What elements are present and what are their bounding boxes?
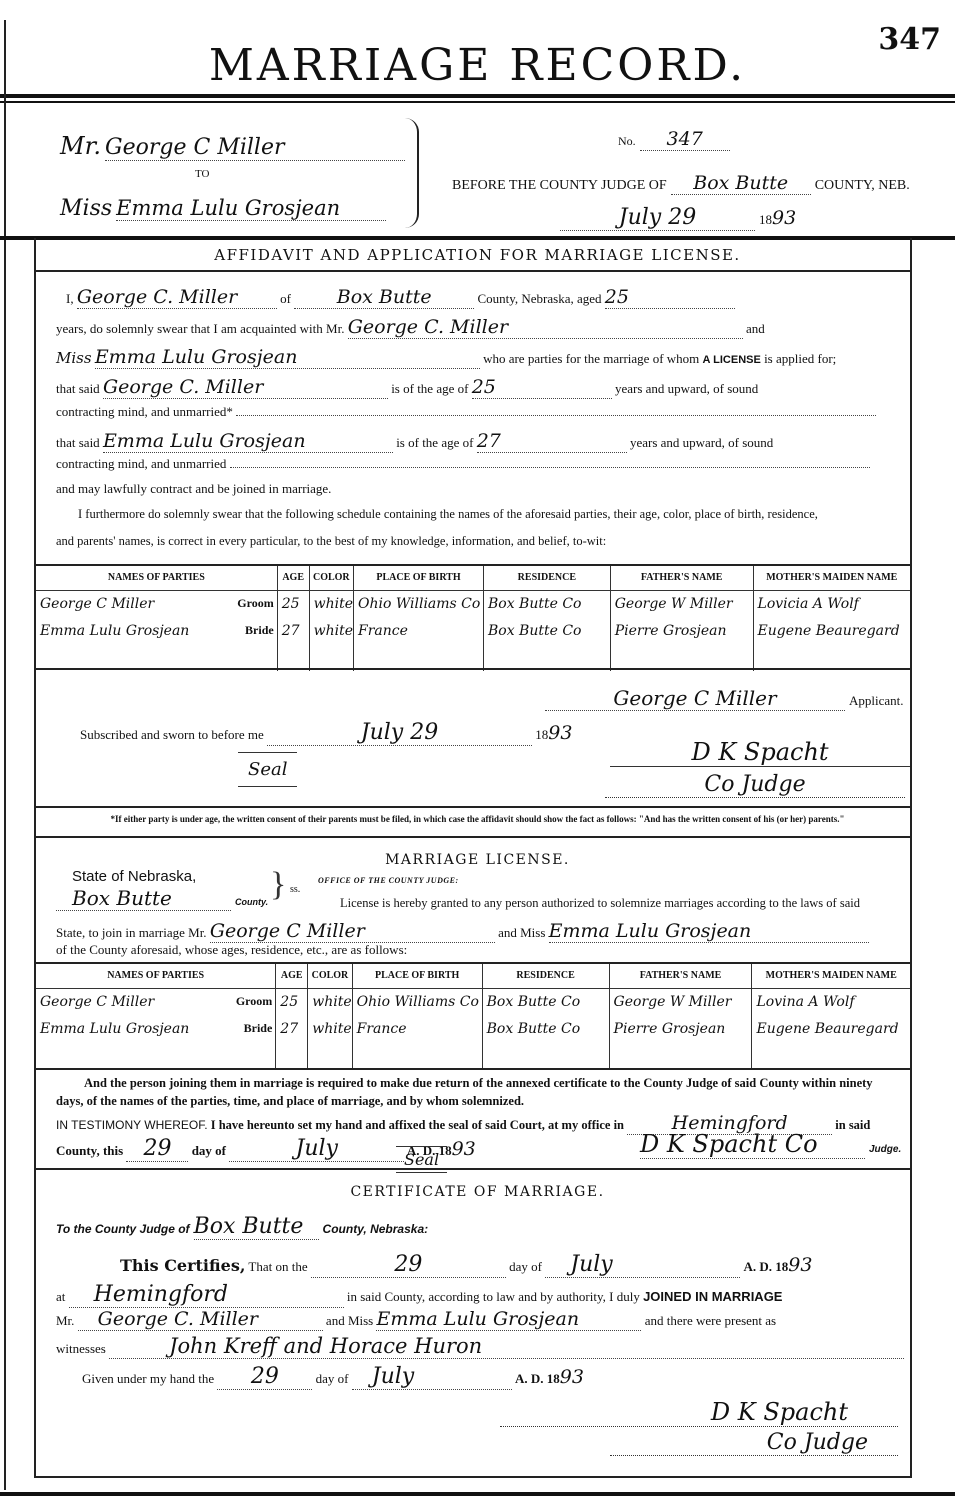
affiant-age: 25 <box>605 286 735 309</box>
return-text-2: days, of the names of the parties, time,… <box>56 1094 524 1109</box>
certificate-judge-signature: D K Spacht <box>500 1398 898 1427</box>
witnesses-line: witnesses John Kreff and Horace Huron <box>56 1334 904 1359</box>
given-day: 29 <box>217 1364 312 1390</box>
left-margin-line <box>4 20 6 1490</box>
col-header-father: FATHER'S NAME <box>609 964 752 988</box>
joined-text: in said County, according to law and by … <box>347 1289 640 1304</box>
party-residence: Box Butte Co <box>482 1015 609 1042</box>
given-month: July <box>352 1364 512 1390</box>
unmarried-label-2: contracting mind, and unmarried <box>56 456 226 471</box>
table-row-groom: George C MillerGroom 25 white Ohio Willi… <box>36 590 910 617</box>
certificate-bride: Emma Lulu Grosjean <box>376 1308 641 1331</box>
unmarried-line-groom <box>236 415 876 416</box>
col-header-residence: RESIDENCE <box>482 964 609 988</box>
affiant-county: Box Butte <box>294 286 474 309</box>
no-label: No. <box>618 134 636 148</box>
party-role: Groom <box>237 596 276 611</box>
party-role: Bride <box>245 623 277 638</box>
header-date-line: July 29 1893 <box>560 205 796 231</box>
given-year-suffix: 93 <box>560 1366 584 1388</box>
license-table-bottom-rule <box>36 1068 910 1070</box>
col-header-color: COLOR <box>309 566 353 590</box>
affidavit-line-1: I, George C. Miller of Box Butte County,… <box>66 286 735 309</box>
party-color: white <box>308 988 352 1015</box>
groom-age: 25 <box>472 376 612 399</box>
party-color: white <box>309 617 353 644</box>
header-rule-bottom <box>0 101 955 103</box>
party-birthplace: France <box>352 1015 482 1042</box>
years-upward-label-2: years and upward, of sound <box>630 435 773 450</box>
header-year-suffix: 93 <box>772 207 796 229</box>
header-year-prefix: 18 <box>759 212 772 227</box>
state-label: State of Nebraska, <box>72 868 196 885</box>
party-father: Pierre Grosjean <box>610 617 753 644</box>
certificate-judge-title: Co Judge <box>610 1430 898 1456</box>
header-bride-name: Emma Lulu Grosjean <box>116 196 386 221</box>
license-groom: George C Miller <box>210 920 495 943</box>
before-label: BEFORE THE COUNTY JUDGE OF <box>452 178 667 193</box>
license-top-rule <box>36 836 910 838</box>
party-birthplace: France <box>354 617 484 644</box>
party-name: Emma Lulu Grosjean <box>40 623 189 639</box>
seal-label: Seal <box>404 1150 439 1169</box>
footnote: *If either party is under age, the writt… <box>50 814 905 824</box>
record-number: 347 <box>640 128 730 151</box>
groom-line: Mr. George C Miller <box>60 132 405 161</box>
miss-label-2: Miss <box>56 349 92 367</box>
license-granted-text: License is hereby granted to any person … <box>340 896 860 911</box>
party-mother: Eugene Beauregard <box>753 617 910 644</box>
party-mother: Lovina A Wolf <box>752 988 910 1015</box>
col-header-color: COLOR <box>308 964 352 988</box>
affidavit-table-bottom-rule <box>36 668 910 670</box>
that-said-label-2: that said <box>56 435 100 450</box>
testimony-label: IN TESTIMONY WHEREOF. <box>56 1118 208 1132</box>
of-label: of <box>280 291 291 306</box>
furthermore-text: I furthermore do solemnly swear that the… <box>78 507 818 522</box>
party-age: 25 <box>276 988 308 1015</box>
to-judge-label: To the County Judge of <box>56 1222 190 1236</box>
header-groom-name: George C Miller <box>105 135 405 161</box>
office-label: OFFICE OF THE COUNTY JUDGE: <box>318 876 459 885</box>
and-label: and <box>746 321 765 336</box>
testimony-text: I have hereunto set my hand and affixed … <box>211 1118 624 1132</box>
lawfully-contract-text: and may lawfully contract and be joined … <box>56 481 331 497</box>
age-of-label-2: is of the age of <box>396 435 473 450</box>
certificate-parties-line: Mr. George C. Miller and Miss Emma Lulu … <box>56 1308 776 1331</box>
table-row-groom: George C MillerGroom 25 white Ohio Willi… <box>36 988 910 1015</box>
license-title: MARRIAGE LICENSE. <box>36 852 919 868</box>
ad-label-2: A. D. 18 <box>744 1259 789 1274</box>
party-residence: Box Butte Co <box>482 988 609 1015</box>
county-neb-label: COUNTY, NEB. <box>815 178 910 193</box>
page-title: MARRIAGE RECORD. <box>0 40 955 91</box>
county-label: County. <box>235 897 268 907</box>
day-of-label: day of <box>192 1143 226 1158</box>
sworn-label: Subscribed and sworn to before me <box>80 727 264 742</box>
affidavit-line-4: that said George C. Miller is of the age… <box>56 376 758 399</box>
col-header-names: NAMES OF PARTIES <box>36 964 276 988</box>
certificate-place: Hemingford <box>69 1282 344 1308</box>
ss-label: ss. <box>290 884 300 895</box>
affidavit-line-3: Miss Emma Lulu Grosjean who are parties … <box>56 346 836 369</box>
certificate-county: Box Butte <box>194 1214 319 1240</box>
on-the-label: That on the <box>248 1259 307 1274</box>
certificate-to-line: To the County Judge of Box Butte County,… <box>56 1214 428 1240</box>
judge-label: Judge. <box>869 1144 901 1155</box>
party-birthplace: Ohio Williams Co <box>354 590 484 617</box>
acquainted-bride: Emma Lulu Grosjean <box>95 346 480 369</box>
affidavit-seal: Seal <box>238 752 297 787</box>
witnesses-names: John Kreff and Horace Huron <box>109 1334 904 1359</box>
affidavit-judge-title: Co Judge <box>605 772 905 798</box>
bride-name-age-line: Emma Lulu Grosjean <box>103 430 393 453</box>
given-day-of-label: day of <box>316 1371 349 1386</box>
license-county: Box Butte <box>56 886 231 911</box>
county-nebraska-aged-label: County, Nebraska, aged <box>477 291 601 306</box>
table-row-bride: Emma Lulu GrosjeanBride 27 white France … <box>36 1015 910 1042</box>
groom-name-age-line: George C. Miller <box>103 376 388 399</box>
applicant-signature: George C Miller <box>545 686 845 711</box>
header-rule-top <box>0 94 955 98</box>
certifies-line: This Certifies, That on the 29 day of Ju… <box>120 1252 812 1278</box>
certificate-groom: George C. Miller <box>78 1308 323 1331</box>
col-header-age: AGE <box>277 566 309 590</box>
party-mother: Lovicia A Wolf <box>753 590 910 617</box>
party-mother: Eugene Beauregard <box>752 1015 910 1042</box>
col-header-names: NAMES OF PARTIES <box>36 566 277 590</box>
age-of-label: is of the age of <box>391 381 468 396</box>
party-father: Pierre Grosjean <box>609 1015 752 1042</box>
affidavit-line-7: contracting mind, and unmarried <box>56 456 870 472</box>
license-bride: Emma Lulu Grosjean <box>549 920 869 943</box>
affidavit-parties-table: NAMES OF PARTIES AGE COLOR PLACE OF BIRT… <box>36 566 910 671</box>
party-birthplace: Ohio Williams Co <box>352 988 482 1015</box>
license-county-text: of the County aforesaid, whose ages, res… <box>56 942 407 958</box>
bride-age: 27 <box>477 430 627 453</box>
col-header-birthplace: PLACE OF BIRTH <box>352 964 482 988</box>
unmarried-label: contracting mind, and unmarried* <box>56 404 233 419</box>
years-upward-label: years and upward, of sound <box>615 381 758 396</box>
license-judge-signature: D K Spacht Co <box>640 1130 865 1159</box>
license-parties-table: NAMES OF PARTIES AGE COLOR PLACE OF BIRT… <box>36 964 910 1069</box>
license-county-line: Box Butte County. <box>56 886 268 911</box>
record-number-line: No. 347 <box>618 128 730 151</box>
party-color: white <box>308 1015 352 1042</box>
day-of-label-2: day of <box>509 1259 542 1274</box>
affidavit-line-6: that said Emma Lulu Grosjean is of the a… <box>56 430 773 453</box>
party-residence: Box Butte Co <box>483 590 610 617</box>
party-name: Emma Lulu Grosjean <box>40 1021 189 1037</box>
parties-label: who are parties for the marriage of whom <box>483 351 699 366</box>
party-residence: Box Butte Co <box>483 617 610 644</box>
present-label: and there were present as <box>645 1313 776 1328</box>
witnesses-label: witnesses <box>56 1341 106 1356</box>
header-county: Box Butte <box>671 172 811 195</box>
license-day: 29 <box>126 1136 188 1162</box>
col-header-mother: MOTHER'S MAIDEN NAME <box>752 964 910 988</box>
join-label: State, to join in marriage Mr. <box>56 925 207 940</box>
miss-label: Miss <box>60 196 112 221</box>
col-header-father: FATHER'S NAME <box>610 566 753 590</box>
page-bottom-rule <box>0 1492 955 1496</box>
license-month: July <box>229 1136 404 1162</box>
party-father: George W Miller <box>610 590 753 617</box>
and-miss-label-2: and Miss <box>326 1313 373 1328</box>
mr-label-2: Mr. <box>56 1313 74 1328</box>
affidavit-title: AFFIDAVIT AND APPLICATION FOR MARRIAGE L… <box>36 246 919 264</box>
return-text-1: And the person joining them in marriage … <box>84 1076 873 1091</box>
party-age: 27 <box>276 1015 308 1042</box>
party-father: George W Miller <box>609 988 752 1015</box>
table-row-bride: Emma Lulu GrosjeanBride 27 white France … <box>36 617 910 644</box>
joined-in-marriage-label: JOINED IN MARRIAGE <box>643 1289 782 1304</box>
certifies-label: This Certifies, <box>120 1256 245 1275</box>
acquainted-label: years, do solemnly swear that I am acqua… <box>56 321 344 336</box>
seal-label: Seal <box>248 759 287 780</box>
county-nebraska-label: County, Nebraska: <box>323 1222 429 1236</box>
affidavit-judge-signature: D K Spacht <box>610 738 910 767</box>
certificate-day: 29 <box>311 1252 506 1278</box>
acquainted-groom: George C. Miller <box>348 316 743 339</box>
applied-for-label: is applied for; <box>764 351 836 366</box>
a-license-label: A LICENSE <box>703 354 761 366</box>
certificate-place-line: at Hemingford in said County, according … <box>56 1282 782 1308</box>
affidavit-title-rule <box>36 270 910 272</box>
license-year-suffix: 93 <box>452 1138 476 1160</box>
party-name: George C Miller <box>40 994 154 1010</box>
form-bottom-rule <box>36 1476 910 1478</box>
given-ad-label: A. D. 18 <box>515 1371 560 1386</box>
mr-label: Mr. <box>60 132 101 160</box>
col-header-age: AGE <box>276 964 308 988</box>
given-line: Given under my hand the 29 day of July A… <box>82 1364 584 1390</box>
party-role: Groom <box>236 994 275 1009</box>
certificate-top-rule <box>36 1168 910 1170</box>
parents-names-text: and parents' names, is correct in every … <box>56 534 606 549</box>
that-said-label: that said <box>56 381 100 396</box>
sworn-line: Subscribed and sworn to before me July 2… <box>80 720 572 746</box>
party-name: George C Miller <box>40 596 154 612</box>
col-header-residence: RESIDENCE <box>483 566 610 590</box>
certificate-year-suffix: 93 <box>788 1254 812 1276</box>
sworn-date: July 29 <box>267 720 532 746</box>
unmarried-line-bride <box>230 467 870 468</box>
header-date: July 29 <box>560 205 755 231</box>
license-judge-line: D K Spacht Co Judge. <box>640 1130 901 1159</box>
affiant-name: George C. Miller <box>77 286 277 309</box>
party-color: white <box>309 590 353 617</box>
given-label: Given under my hand the <box>82 1371 214 1386</box>
i-label: I, <box>66 291 74 306</box>
certificate-title: CERTIFICATE OF MARRIAGE. <box>36 1184 919 1200</box>
col-header-mother: MOTHER'S MAIDEN NAME <box>753 566 910 590</box>
party-age: 25 <box>277 590 309 617</box>
county-this-label: County, this <box>56 1143 123 1158</box>
affidavit-line-2: years, do solemnly swear that I am acqua… <box>56 316 765 339</box>
party-age: 27 <box>277 617 309 644</box>
to-label: TO <box>195 168 209 180</box>
license-join-line: State, to join in marriage Mr. George C … <box>56 920 869 943</box>
col-header-birthplace: PLACE OF BIRTH <box>354 566 484 590</box>
at-label: at <box>56 1289 65 1304</box>
and-miss-label: and Miss <box>498 925 545 940</box>
footnote-rule <box>36 806 910 808</box>
sworn-year-prefix: 18 <box>535 727 548 742</box>
applicant-signature-line: George C Miller Applicant. <box>545 686 904 711</box>
header-bracket <box>405 118 419 228</box>
certificate-month: July <box>545 1252 740 1278</box>
party-role: Bride <box>244 1021 276 1036</box>
ss-brace: } <box>270 868 286 902</box>
before-judge-line: BEFORE THE COUNTY JUDGE OF Box Butte COU… <box>452 172 910 195</box>
header-bottom-rule <box>0 236 955 240</box>
affidavit-line-5: contracting mind, and unmarried* <box>56 404 876 420</box>
applicant-label: Applicant. <box>849 693 904 708</box>
sworn-year-suffix: 93 <box>548 722 572 744</box>
bride-line: Miss Emma Lulu Grosjean <box>60 196 386 221</box>
